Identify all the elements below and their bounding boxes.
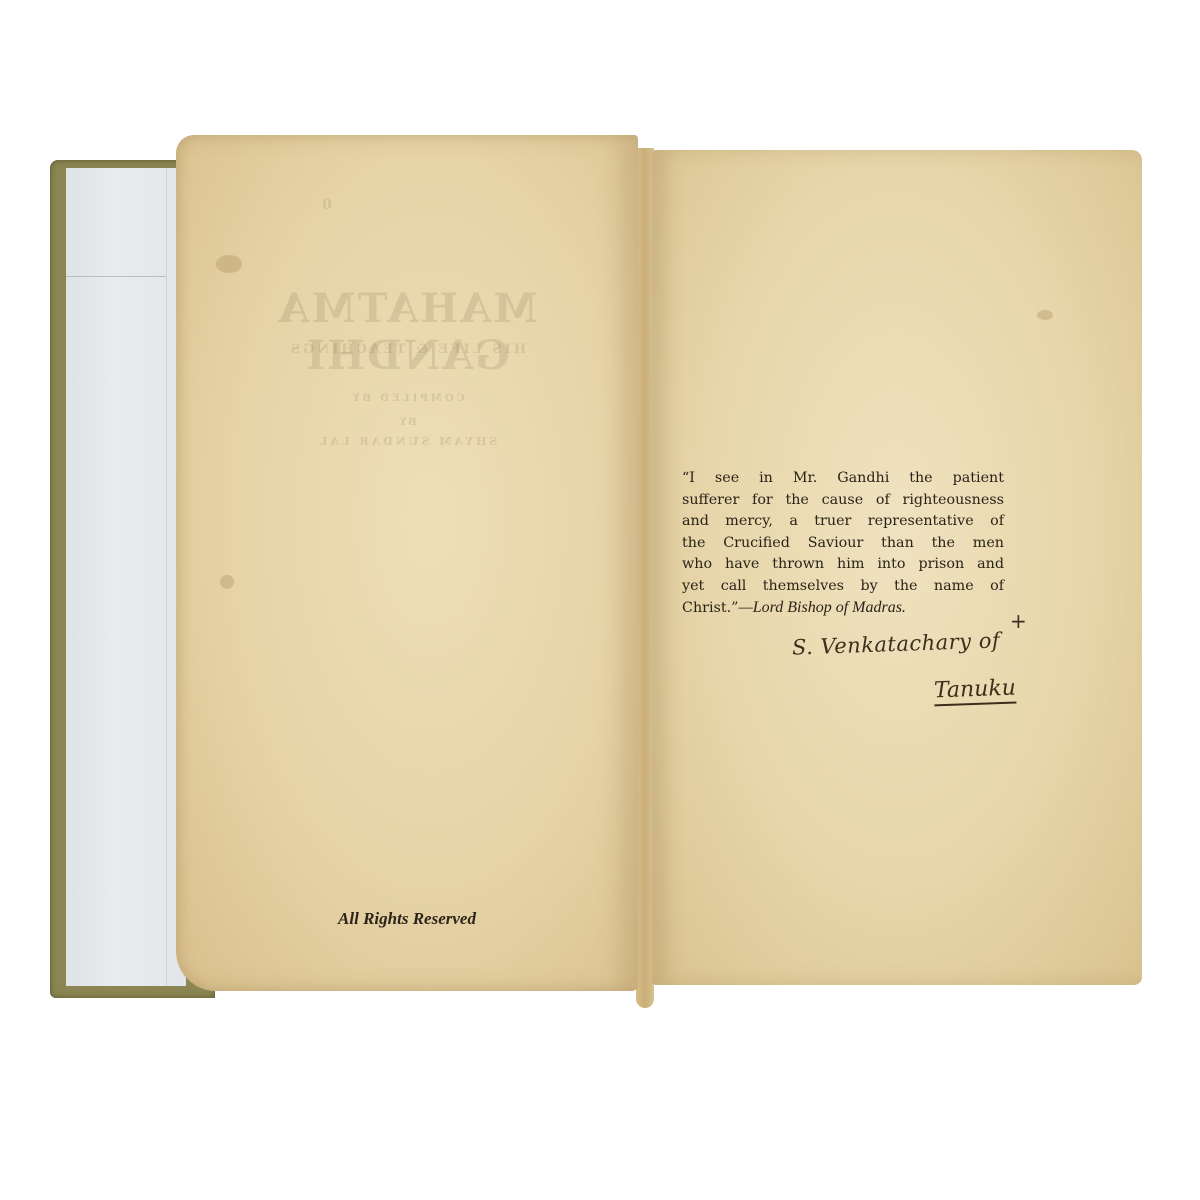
show-through-author: SHYAM SUNDAR LAL [176, 435, 638, 448]
copyright-notice: All Rights Reserved [176, 909, 638, 929]
paper-blemish [216, 255, 242, 273]
endpaper-sheet [66, 168, 186, 986]
show-through-by: BY [176, 417, 638, 428]
quote-line: the Crucified Saviour than the men [682, 533, 1004, 555]
quote-line: yet call themselves by the name of [682, 576, 1004, 598]
show-through-subtitle: HIS LIFE & TEACHINGS [176, 342, 638, 357]
handwritten-signature: S. Venkatachary of [792, 628, 1001, 659]
show-through-title: MAHATMA GANDHI [176, 285, 638, 379]
show-through-compiler-label: COMPILED BY [176, 393, 638, 404]
paper-blemish [220, 575, 234, 589]
left-page: 0 MAHATMA GANDHI HIS LIFE & TEACHINGS CO… [176, 135, 638, 991]
epigraph-quote: “I see in Mr. Gandhi the patient suffere… [682, 468, 1004, 620]
quote-attribution: —Lord Bishop of Madras. [739, 599, 906, 616]
show-through-page-mark: 0 [316, 197, 336, 213]
quote-final-line: Christ.”—Lord Bishop of Madras. [682, 600, 906, 616]
endpaper-fold [166, 168, 167, 986]
open-book-photo: 0 MAHATMA GANDHI HIS LIFE & TEACHINGS CO… [0, 0, 1200, 1200]
right-page: “I see in Mr. Gandhi the patient suffere… [652, 150, 1142, 985]
quote-final-word: Christ.” [682, 600, 739, 616]
quote-line: “I see in Mr. Gandhi the patient [682, 468, 1004, 490]
paper-blemish [1037, 310, 1053, 320]
quote-line: and mercy, a truer representative of [682, 511, 1004, 533]
quote-line: who have thrown him into prison and [682, 554, 1004, 576]
handwritten-cross-mark: + [1010, 609, 1027, 633]
endpaper-crease [66, 276, 166, 277]
handwritten-place: Tanuku [934, 676, 1017, 707]
quote-line: sufferer for the cause of righteousness [682, 490, 1004, 512]
